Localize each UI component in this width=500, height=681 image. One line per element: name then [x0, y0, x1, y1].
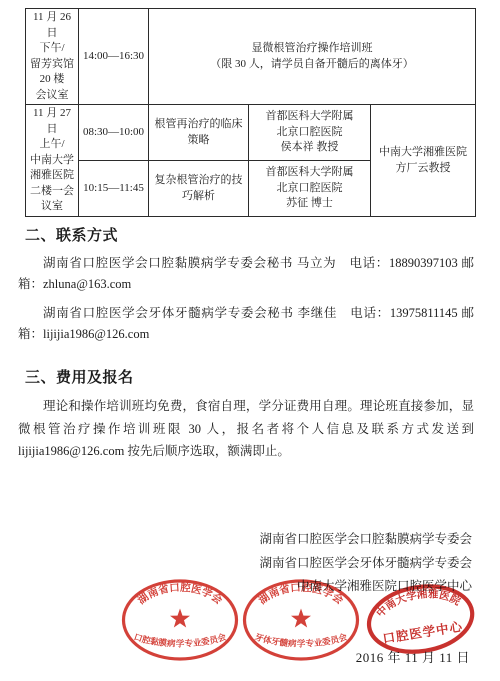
- stamp-bottom-text: 口腔黏膜病学专业委员会: [133, 630, 228, 648]
- schedule-table: 11 月 26 日 下午/ 留芳宾馆 20 楼 会议室 14:00—16:30 …: [25, 8, 476, 217]
- lecture2-topic: 复杂根管治疗的技巧解析: [155, 174, 243, 202]
- lecture1-topic-cell: 根管再治疗的临床策略: [149, 105, 249, 161]
- fees-paragraph: 理论和操作培训班均免费，食宿自理，学分证费用自理。理论班直接参加，显微根管治疗操…: [18, 395, 474, 463]
- contact-heading: 二、联系方式: [25, 224, 474, 245]
- official-stamp-mucosal-committee: 湖南省口腔医学会 口腔黏膜病学专业委员会: [119, 577, 241, 668]
- lecture1-speaker-cell: 首都医科大学附属 北京口腔医院 侯本祥 教授: [249, 105, 371, 161]
- contact-paragraph-2: 湖南省口腔医学会牙体牙髓病学专委会秘书 李继佳 电话：13975811145 邮…: [18, 303, 474, 345]
- session1-time: 14:00—16:30: [83, 50, 144, 62]
- session2-date-venue-cell: 11 月 27 日 上午/ 中南大学 湘雅医院 二楼一会 议室: [26, 105, 79, 217]
- stamp-top-text: 湖南省口腔医学会: [256, 581, 346, 607]
- stamp-top-text: 湖南省口腔医学会: [135, 581, 225, 607]
- document-page: 11 月 26 日 下午/ 留芳宾馆 20 楼 会议室 14:00—16:30 …: [0, 0, 500, 681]
- star-icon: [291, 609, 311, 628]
- stamp-seal-icon: 湖南省口腔医学会 牙体牙髓病学专业委员会: [240, 577, 362, 663]
- session2-host: 中南大学湘雅医院 方厂云教授: [374, 145, 472, 176]
- fees-heading: 三、费用及报名: [25, 366, 474, 387]
- lecture1-time-cell: 08:30—10:00: [79, 105, 149, 161]
- star-icon: [170, 609, 190, 628]
- session1-time-cell: 14:00—16:30: [79, 9, 149, 105]
- lecture2-speaker-cell: 首都医科大学附属 北京口腔医院 苏征 博士: [249, 161, 371, 217]
- signature-org-1: 湖南省口腔医学会口腔黏膜病学专委会: [259, 528, 472, 552]
- fees-section: 三、费用及报名 理论和操作培训班均免费，食宿自理，学分证费用自理。理论班直接参加…: [18, 366, 474, 463]
- session1-event-cell: 显微根管治疗操作培训班 （限 30 人，请学员自备开髓后的离体牙）: [149, 9, 476, 105]
- lecture1-topic: 根管再治疗的临床策略: [155, 118, 243, 146]
- lecture2-topic-cell: 复杂根管治疗的技巧解析: [149, 161, 249, 217]
- stamp-bottom-text: 牙体牙髓病学专业委员会: [254, 630, 349, 648]
- contact-section: 二、联系方式 湖南省口腔医学会口腔黏膜病学专委会秘书 马立为 电话：188903…: [18, 224, 474, 345]
- lecture2-time-cell: 10:15—11:45: [79, 161, 149, 217]
- signature-org-2: 湖南省口腔医学会牙体牙髓病学专委会: [259, 552, 472, 576]
- lecture2-speaker: 首都医科大学附属 北京口腔医院 苏征 博士: [252, 165, 367, 212]
- table-row: 11 月 26 日 下午/ 留芳宾馆 20 楼 会议室 14:00—16:30 …: [26, 9, 476, 105]
- session1-date-venue-cell: 11 月 26 日 下午/ 留芳宾馆 20 楼 会议室: [26, 9, 79, 105]
- table-row: 11 月 27 日 上午/ 中南大学 湘雅医院 二楼一会 议室 08:30—10…: [26, 105, 476, 161]
- session1-event: 显微根管治疗操作培训班 （限 30 人，请学员自备开髓后的离体牙）: [152, 41, 472, 72]
- lecture1-time: 08:30—10:00: [83, 126, 144, 138]
- official-stamp-endodontics-committee: 湖南省口腔医学会 牙体牙髓病学专业委员会: [240, 577, 362, 668]
- lecture2-time: 10:15—11:45: [83, 182, 144, 194]
- session1-date-venue: 11 月 26 日 下午/ 留芳宾馆 20 楼 会议室: [29, 10, 75, 103]
- contact-paragraph-1: 湖南省口腔医学会口腔黏膜病学专委会秘书 马立为 电话：18890397103 邮…: [18, 253, 474, 295]
- stamp-seal-icon: 湖南省口腔医学会 口腔黏膜病学专业委员会: [119, 577, 241, 663]
- session2-date-venue: 11 月 27 日 上午/ 中南大学 湘雅医院 二楼一会 议室: [29, 106, 75, 215]
- session2-host-cell: 中南大学湘雅医院 方厂云教授: [371, 105, 476, 217]
- lecture1-speaker: 首都医科大学附属 北京口腔医院 侯本祥 教授: [252, 109, 367, 156]
